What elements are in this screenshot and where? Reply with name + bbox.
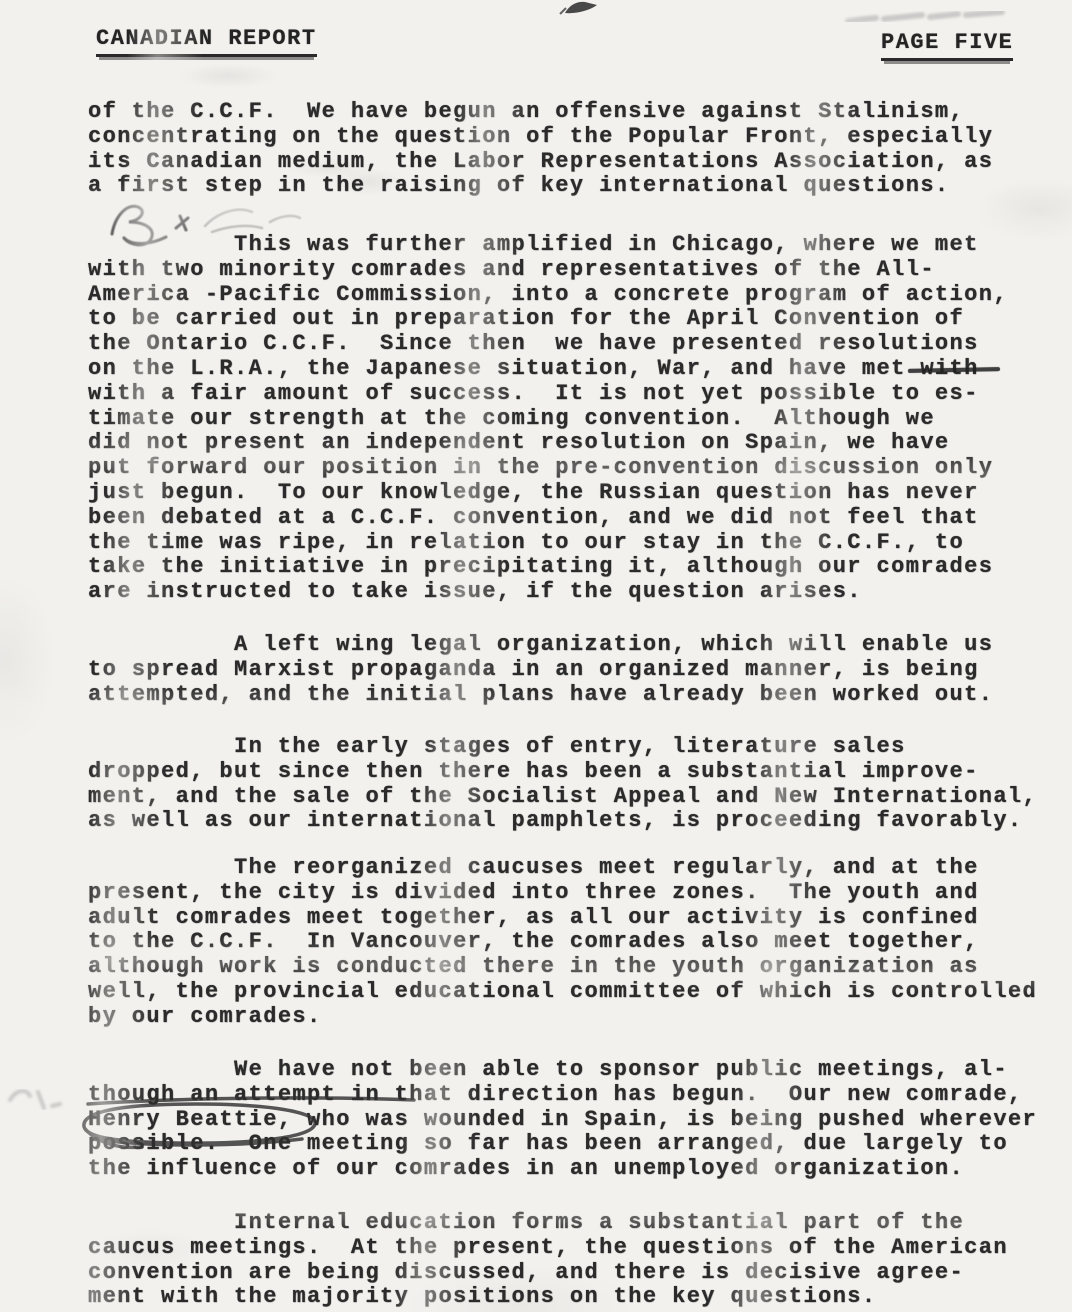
margin-pencil-mark [10,1091,60,1108]
text-line: In the early stages of entry, literature… [88,735,1037,760]
text-line: dropped, but since then there has been a… [88,760,1037,785]
text-line: although work is conducted there in the … [88,955,1037,980]
text-line: as well as our international pamphlets, … [88,809,1037,834]
text-line: Internal education forms a substantial p… [88,1211,1008,1236]
text-line: are instructed to take issue, if the que… [88,580,1008,605]
paragraph: We have not been able to sponsor public … [88,1058,1037,1182]
page-number-label: PAGE FIVE [881,31,1013,61]
handwritten-scribble-faint [205,210,300,232]
text-line: The reorganized caucuses meet regularly,… [88,856,1037,881]
text-line: on the L.R.A., the Japanese situation, W… [88,357,1008,382]
text-line: timate our strength at the coming conven… [88,407,1008,432]
paragraph: Internal education forms a substantial p… [88,1211,1008,1310]
text-line: take the initiative in precipitating it,… [88,555,1008,580]
text-line: of the C.C.F. We have begun an offensive… [88,100,993,125]
text-line: a first step in the raising of key inter… [88,174,993,199]
text-line: well, the provincial educational committ… [88,980,1037,1005]
text-line: caucus meetings. At the present, the que… [88,1236,1008,1261]
top-edge-pen-mark [560,2,597,14]
text-line: convention are being discussed, and ther… [88,1261,1008,1286]
header-pencil-smudge [848,12,1002,21]
paragraph: The reorganized caucuses meet regularly,… [88,856,1037,1030]
document-page: CANADIAN REPORT PAGE FIVE of the C.C.F. … [0,0,1072,1312]
text-line: This was further amplified in Chicago, w… [88,233,1008,258]
text-line: been debated at a C.C.F. convention, and… [88,506,1008,531]
text-line: ment with the majority positions on the … [88,1285,1008,1310]
text-line: attempted, and the initial plans have al… [88,683,993,708]
text-line: Henry Beattie, who was wounded in Spain,… [88,1108,1037,1133]
paragraph: A left wing legal organization, which wi… [88,633,993,707]
text-line: the Ontario C.C.F. Since then we have pr… [88,332,1008,357]
text-line: its Canadian medium, the Labor Represent… [88,150,993,175]
report-title: CANADIAN REPORT [96,27,317,57]
paragraph: of the C.C.F. We have begun an offensive… [88,100,993,199]
text-line: put forward our position in the pre-conv… [88,456,1008,481]
text-line: to the C.C.F. In Vancouver, the comrades… [88,930,1037,955]
text-line: We have not been able to sponsor public … [88,1058,1037,1083]
text-line: A left wing legal organization, which wi… [88,633,993,658]
text-line: with two minority comrades and represent… [88,258,1008,283]
paragraph: This was further amplified in Chicago, w… [88,233,1008,605]
text-line: to spread Marxist propaganda in an organ… [88,658,993,683]
text-line: present, the city is divided into three … [88,881,1037,906]
text-line: the influence of our comrades in an unem… [88,1157,1037,1182]
paragraph: In the early stages of entry, literature… [88,735,1037,834]
text-line: America -Pacific Commission, into a conc… [88,283,1008,308]
text-line: with a fair amount of success. It is not… [88,382,1008,407]
text-line: did not present an independent resolutio… [88,431,1008,456]
text-line: ment, and the sale of the Socialist Appe… [88,785,1037,810]
text-line: possible. One meeting so far has been ar… [88,1132,1037,1157]
text-line: the time was ripe, in relation to our st… [88,531,1008,556]
text-line: concentrating on the question of the Pop… [88,125,993,150]
text-line: to be carried out in preparation for the… [88,307,1008,332]
text-line: though an attempt in that direction has … [88,1083,1037,1108]
text-line: adult comrades meet together, as all our… [88,906,1037,931]
text-line: by our comrades. [88,1005,1037,1030]
text-line: just begun. To our knowledge, the Russia… [88,481,1008,506]
